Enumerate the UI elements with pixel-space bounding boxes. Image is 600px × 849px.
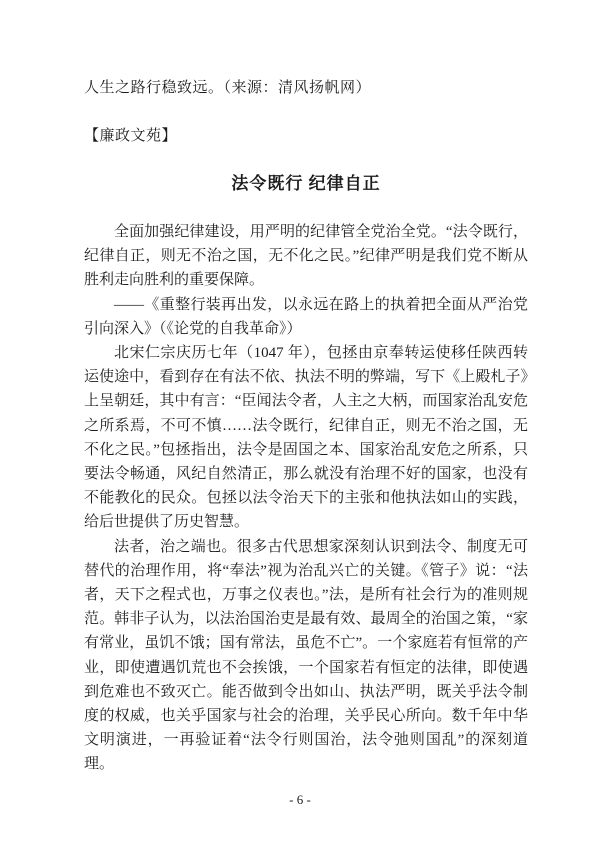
article-paragraph: 法者，治之端也。很多古代思想家深刻认识到法令、制度无可替代的治理作用，将“奉法”… (84, 535, 528, 777)
article-body: 全面加强纪律建设，用严明的纪律管全党治全党。“法令既行，纪律自正，则无不治之国，… (84, 220, 528, 777)
previous-article-continuation-text: 人生之路行稳致远。（来源：清风扬帆网） (84, 76, 528, 100)
article-source-attribution: ——《重整行装再出发，以永远在路上的执着把全面从严治党引向深入》（《论党的自我革… (84, 293, 528, 341)
page-number: - 6 - (0, 791, 600, 809)
article-title: 法令既行 纪律自正 (84, 170, 528, 198)
document-page: 人生之路行稳致远。（来源：清风扬帆网） 【廉政文苑】 法令既行 纪律自正 全面加… (0, 0, 600, 849)
article-paragraph: 北宋仁宗庆历七年（1047 年），包拯由京奉转运使移任陕西转运使途中，看到存在有… (84, 341, 528, 535)
article-paragraph: 全面加强纪律建设，用严明的纪律管全党治全党。“法令既行，纪律自正，则无不治之国，… (84, 220, 528, 293)
section-header: 【廉政文苑】 (84, 124, 528, 148)
